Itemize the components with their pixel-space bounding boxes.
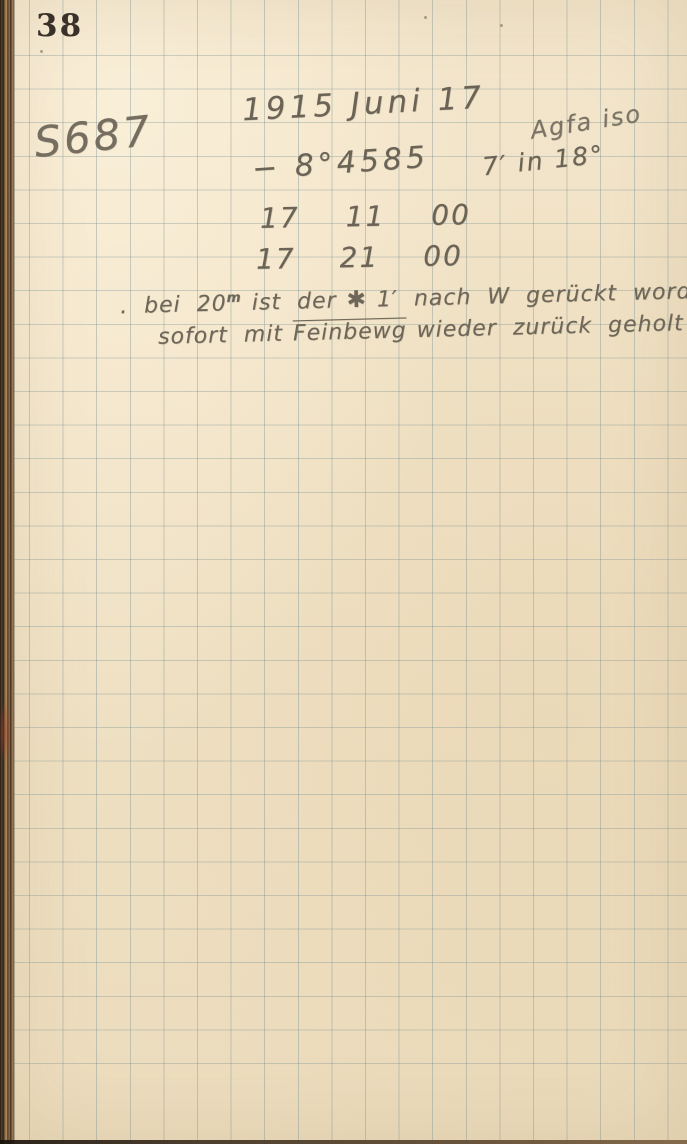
page-number: 38: [36, 8, 83, 44]
time-hours: 17: [256, 242, 296, 276]
time-seconds: 00: [431, 198, 471, 232]
paper-speck: [424, 16, 427, 19]
note1-unit-superscript: m: [226, 290, 242, 306]
time-row: 17 21 00: [256, 239, 463, 276]
note2-lead: sofort mit: [158, 322, 284, 350]
time-seconds: 00: [423, 239, 463, 273]
note1-lead: . bei: [120, 293, 181, 320]
time-hours: 17: [260, 201, 300, 235]
note1-value: 20: [196, 291, 227, 317]
binding-stain: [0, 700, 12, 764]
page-bottom-edge: [0, 1140, 687, 1144]
paper-speck: [40, 50, 43, 53]
star-symbol: ✱: [346, 287, 367, 314]
note1-mid: ist der: [252, 289, 337, 316]
time-row: 17 11 00: [260, 198, 471, 235]
binding-edge: [0, 0, 15, 1144]
note2-abbreviation: Feinbewg: [293, 318, 407, 346]
time-minutes: 21: [339, 241, 379, 275]
paper-speck: [500, 24, 503, 27]
notebook-page: 38 S687 1915 Juni 17 Agfa iso − 8°4585 7…: [0, 0, 687, 1144]
time-minutes: 11: [345, 200, 385, 234]
